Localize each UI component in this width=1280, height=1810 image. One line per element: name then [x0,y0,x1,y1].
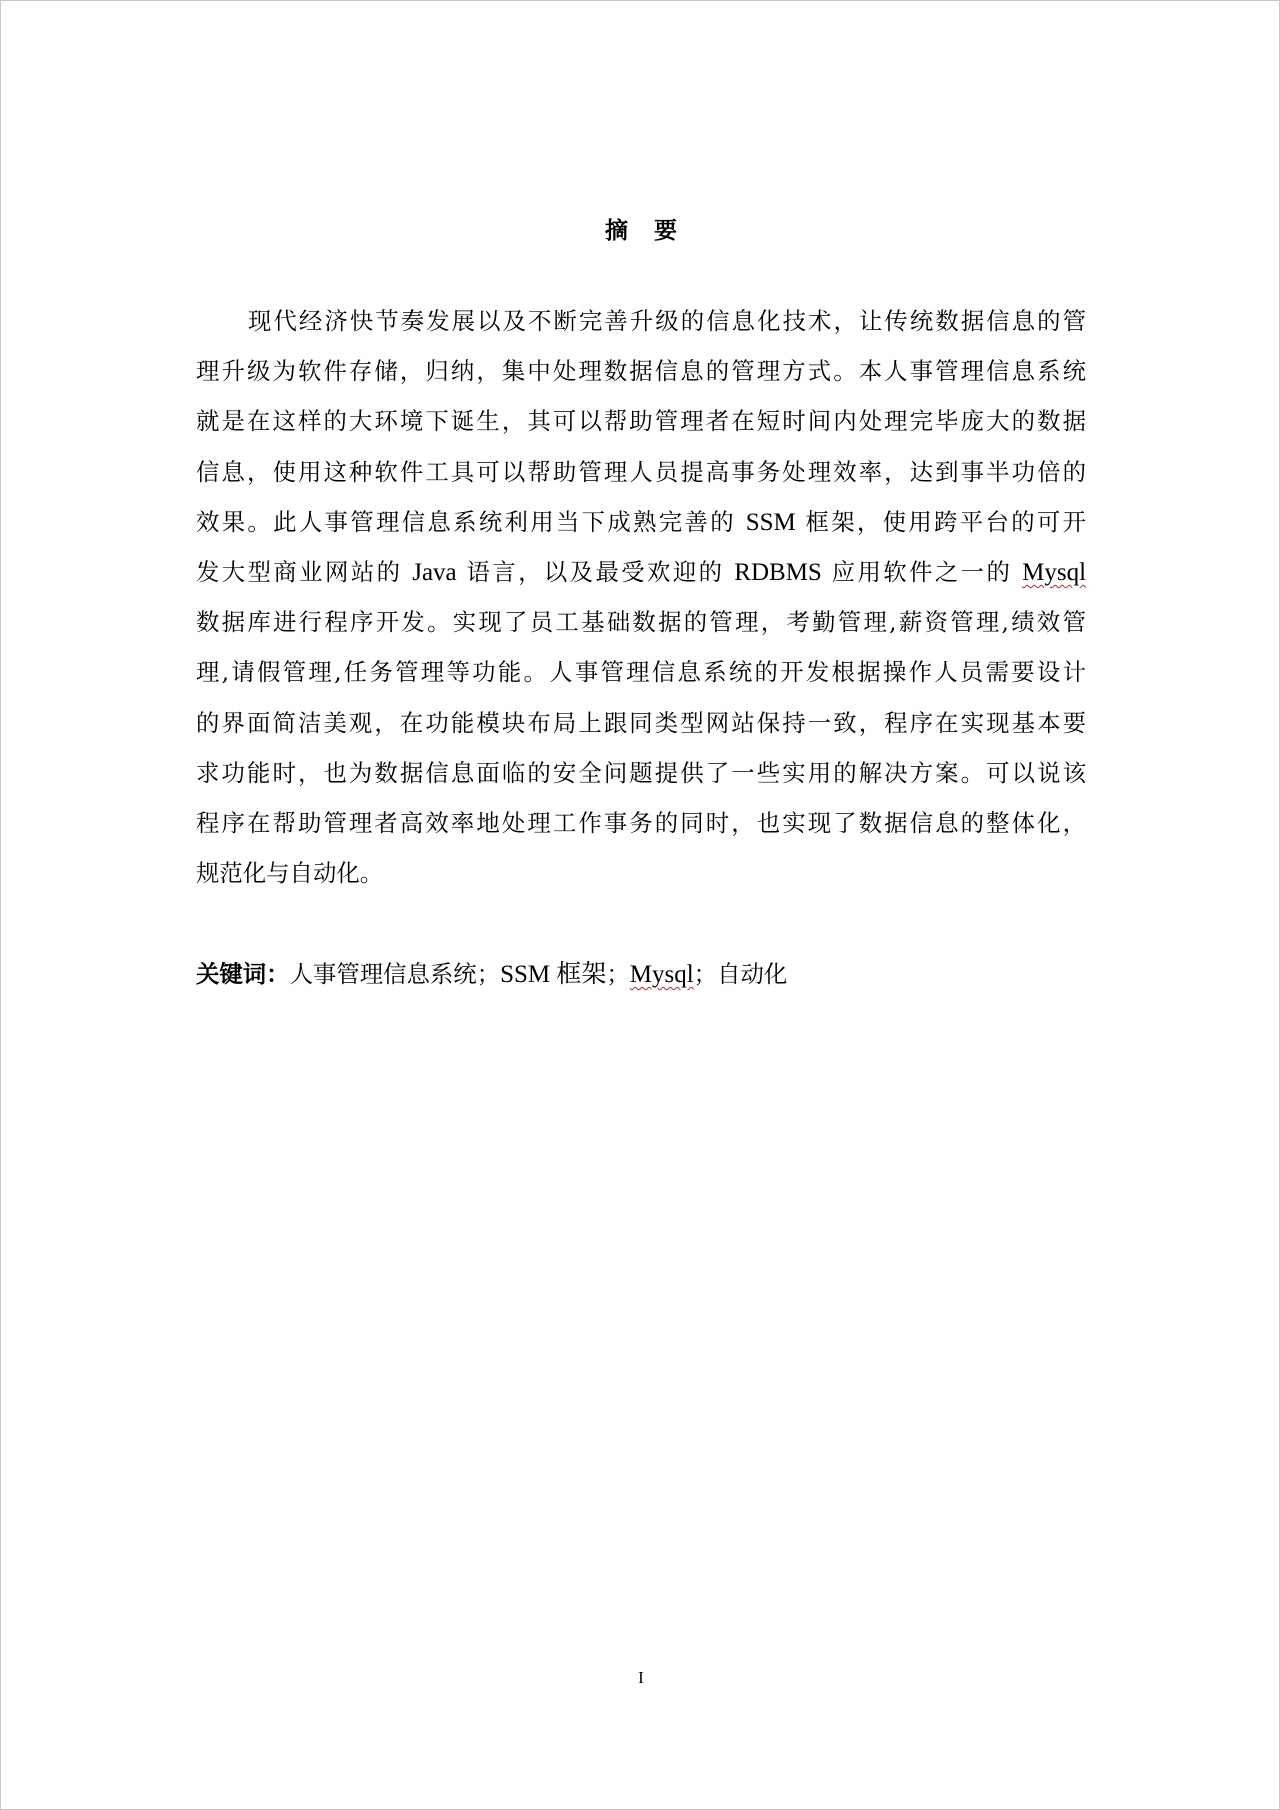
keyword-item: SSM 框架 [500,961,606,988]
text-run: 规范化与自动化。 [196,859,383,887]
abstract-line: 理升级为软件存储，归纳，集中处理数据信息的管理方式。本人事管理信息系统 [196,346,1086,396]
text-run: 信息，使用这种软件工具可以帮助管理人员提高事务处理效率，达到事半功倍的 [196,458,1086,486]
keyword-separator: ； [606,960,629,988]
page-number: I [1,1665,1280,1691]
text-run: 理,请假管理,任务管理等功能。人事管理信息系统的开发根据操作人员需要设计 [196,658,1086,686]
abstract-line: 的界面简洁美观，在功能模块布局上跟同类型网站保持一致，程序在实现基本要 [196,698,1086,748]
title-char: 摘 [605,217,628,244]
text-run: RDBMS [734,559,822,586]
text-run: 发大型商业网站的 [196,558,412,586]
keywords-label: 关键词： [196,960,290,988]
text-run: 的界面简洁美观，在功能模块布局上跟同类型网站保持一致，程序在实现基本要 [196,709,1086,737]
keyword-separator: ； [477,960,500,988]
abstract-line: 规范化与自动化。 [196,848,1086,898]
keyword-item: 人事管理信息系统 [290,960,477,988]
text-run: Java [412,559,456,586]
keyword-item-misspelled: Mysql [630,961,694,988]
abstract-line: 效果。此人事管理信息系统利用当下成熟完善的 SSM 框架，使用跨平台的可开 [196,497,1086,547]
abstract-line: 程序在帮助管理者高效率地处理工作事务的同时，也实现了数据信息的整体化， [196,798,1086,848]
text-run: 求功能时，也为数据信息面临的安全问题提供了一些实用的解决方案。可以说该 [196,759,1086,787]
abstract-body: 现代经济快节奏发展以及不断完善升级的信息化技术，让传统数据信息的管理升级为软件存… [196,296,1086,898]
title-char: 要 [654,217,677,244]
abstract-title: 摘要 [1,215,1280,247]
abstract-line: 理,请假管理,任务管理等功能。人事管理信息系统的开发根据操作人员需要设计 [196,647,1086,697]
abstract-line: 信息，使用这种软件工具可以帮助管理人员提高事务处理效率，达到事半功倍的 [196,447,1086,497]
text-run: 效果。此人事管理信息系统利用当下成熟完善的 [196,508,746,536]
abstract-line: 现代经济快节奏发展以及不断完善升级的信息化技术，让传统数据信息的管 [196,296,1086,346]
abstract-line: 数据库进行程序开发。实现了员工基础数据的管理，考勤管理,薪资管理,绩效管 [196,597,1086,647]
text-run: SSM [746,509,796,536]
abstract-line: 求功能时，也为数据信息面临的安全问题提供了一些实用的解决方案。可以说该 [196,748,1086,798]
abstract-line: 就是在这样的大环境下诞生，其可以帮助管理者在短时间内处理完毕庞大的数据 [196,396,1086,446]
text-run: 理升级为软件存储，归纳，集中处理数据信息的管理方式。本人事管理信息系统 [196,357,1086,385]
text-run: 框架，使用跨平台的可开 [796,508,1086,536]
text-run: 语言，以及最受欢迎的 [457,558,735,586]
text-run: 数据库进行程序开发。实现了员工基础数据的管理，考勤管理,薪资管理,绩效管 [196,608,1086,636]
text-run: 就是在这样的大环境下诞生，其可以帮助管理者在短时间内处理完毕庞大的数据 [196,407,1086,435]
text-run: 现代经济快节奏发展以及不断完善升级的信息化技术，让传统数据信息的管 [248,307,1086,335]
text-run: 应用软件之一的 [822,558,1022,586]
abstract-line: 发大型商业网站的 Java 语言，以及最受欢迎的 RDBMS 应用软件之一的 M… [196,547,1086,597]
document-page: 摘要 现代经济快节奏发展以及不断完善升级的信息化技术，让传统数据信息的管理升级为… [0,0,1280,1810]
keyword-item: 自动化 [717,960,787,988]
keywords-line: 关键词：人事管理信息系统；SSM 框架；Mysql；自动化 [196,949,1086,1000]
keyword-separator: ； [694,960,717,988]
misspelled-word: Mysql [1022,559,1086,586]
text-run: 程序在帮助管理者高效率地处理工作事务的同时，也实现了数据信息的整体化， [196,809,1086,837]
